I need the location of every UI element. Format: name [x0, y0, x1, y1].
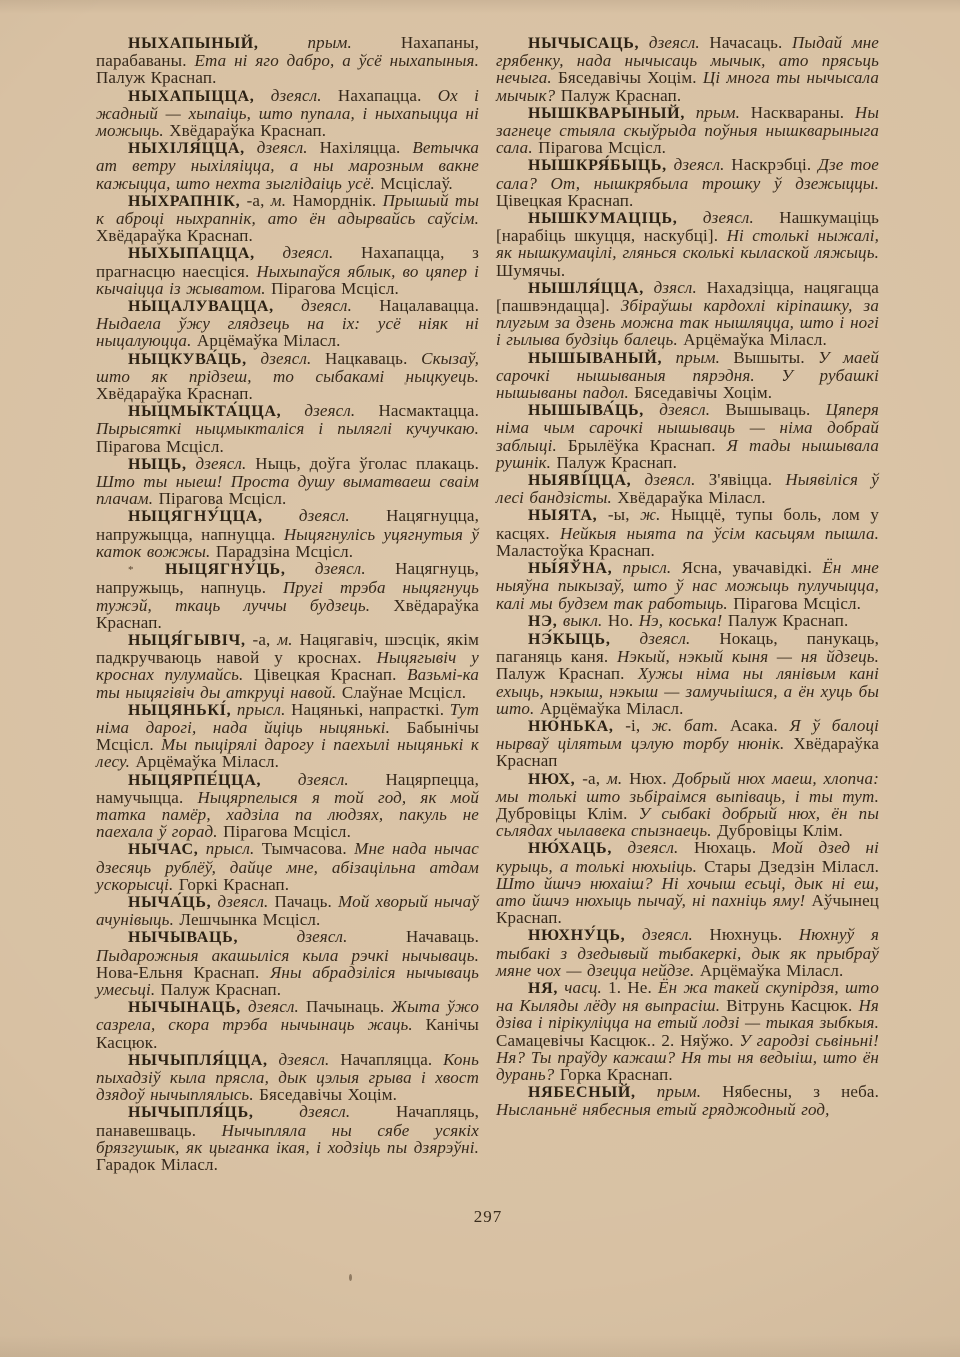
source-label: Горка Краснап. — [560, 1065, 673, 1084]
headword: НЯБЕСНЫЙ, — [528, 1084, 636, 1101]
source-label: Пірагова Мсцісл. — [223, 822, 351, 841]
headword: НЫЯВІ́ЦЦА, — [528, 472, 631, 489]
grammar-label: дзеясл. — [299, 506, 350, 525]
dictionary-entry: НЭ, выкл. Но. Нэ, коська! Палуж Краснап. — [496, 612, 879, 630]
dictionary-entry: НЭ́КЫЦЬ, дзеясл. Нокаць, панукаць, паган… — [496, 630, 879, 717]
headword: НЭ́КЫЦЬ, — [528, 631, 611, 648]
dictionary-entry: НЮ́НЬКА, -і, ж. бат. Асака. Я ў балоці н… — [496, 717, 879, 770]
grammar-label: дзеясл. — [659, 400, 710, 419]
headword: НЫЧЫНАЦЬ, — [128, 999, 241, 1016]
source-label: Лешчынка Мсцісл. — [179, 910, 320, 929]
headword: НЫХАПЫЦЦА, — [128, 88, 254, 105]
dictionary-entry: НЫХЫПАЦЦА, дзеясл. Нахапацца, з прагнасц… — [96, 244, 479, 297]
grammar-label: ж. — [640, 505, 660, 524]
source-label: Арцёмаўка Міласл. — [135, 752, 279, 771]
definition: Нюхаць. — [694, 838, 756, 857]
inflection-ending: -ы, — [608, 505, 630, 524]
dictionary-entry: НЫЦЯНЬКІ́, прысл. Нацянькі, напрасткі. Т… — [96, 701, 479, 771]
definition: Асака. — [730, 716, 778, 735]
source-label: Брылёўка Краснап. — [568, 436, 716, 455]
headword: НЫЦЯРПЕ́ЦЦА, — [128, 772, 261, 789]
source-label: Пірагова Мсцісл. — [538, 138, 666, 157]
grammar-label: м. — [277, 630, 292, 649]
grammar-label: дзеясл. — [217, 892, 268, 911]
grammar-label: дзеясл. — [301, 296, 352, 315]
definition: Нацкаваць. — [325, 349, 407, 368]
grammar-label: дзеясл. — [628, 838, 679, 857]
dictionary-entry: НЮХ, -а, м. Нюх. Добрый нюх маеш, хлопча… — [496, 770, 879, 840]
headword: НЮХНУ́ЦЬ, — [528, 927, 625, 944]
definition: Нахапацца. — [338, 86, 422, 105]
dictionary-entry: НЫХАПЫЦЦА, дзеясл. Нахапацца. Ох і жадны… — [96, 87, 479, 140]
source-label: Палуж Краснап. — [728, 611, 849, 630]
definition: З'явіцца. — [709, 470, 773, 489]
grammar-label: дзеясл. — [196, 454, 247, 473]
grammar-label: ж. бат. — [652, 716, 718, 735]
text-column-right: НЫЧЫСАЦЬ, дзеясл. Начасаць. Пыдай мне гр… — [496, 34, 879, 1119]
source-label: Палуж Краснап. — [496, 664, 625, 683]
headword: НЫ́ЯЎНА, — [528, 560, 612, 577]
usage-example: Нэ, коська! — [639, 611, 723, 630]
sense-number: 2. — [661, 1031, 674, 1050]
grammar-label: дзеясл. — [271, 86, 322, 105]
grammar-label: дзеясл. — [674, 155, 725, 174]
dictionary-entry: НЫЦМЫКТА́ЦЦА, дзеясл. Насмактацца. Пырыс… — [96, 402, 479, 455]
headword: НЫШЫВА́ЦЬ, — [528, 402, 644, 419]
dictionary-entry: НЫЦЯ́ГЫВІЧ, -а, м. Нацягавіч, шэсцік, як… — [96, 631, 479, 701]
grammar-label: прым. — [696, 103, 740, 122]
definition: Наскрэбці. — [731, 155, 811, 174]
usage-example: Нысланьнё нябесныя етый гряджодный год, — [496, 1100, 830, 1119]
headword: НЫШЫВАНЫЙ, — [528, 350, 662, 367]
headword: НЫШЛЯ́ЦЦА, — [528, 280, 644, 297]
headword: НЮ́ХАЦЬ, — [528, 840, 612, 857]
grammar-label: дзеясл. — [282, 243, 333, 262]
definition: Начасаць. — [709, 33, 782, 52]
source-label: Арцёмаўка Міласл. — [700, 961, 844, 980]
grammar-label: дзеясл. — [257, 138, 308, 157]
headword: НЫЧЫПЛЯ́ЦЦА, — [128, 1052, 268, 1069]
source-label: Дубровіцы Клім. — [496, 804, 628, 823]
dictionary-entry: НЫЦКУВА́ЦЬ, дзеясл. Нацкаваць. Скызаў, ш… — [96, 350, 479, 403]
headword: НЫЦЯГНУ́ЦЦА, — [128, 508, 263, 525]
dictionary-entry: НЫЧЫПЛЯ́ЦЦА, дзеясл. Начапляцца. Конь пы… — [96, 1051, 479, 1104]
definition: Не. — [627, 978, 652, 997]
binding-edge-shadow — [0, 0, 96, 1357]
headword: НЫЦЯГНУ́ЦЬ, — [165, 561, 286, 578]
definition: Ныць, доўга ўголас плакаць. — [255, 454, 479, 473]
grammar-label: дзеясл. — [278, 1050, 329, 1069]
grammar-label: прысл. — [206, 839, 255, 858]
definition: Нацянькі, напрасткі. — [291, 700, 444, 719]
grammar-label: дзеясл. — [703, 208, 754, 227]
definition: Но. — [608, 611, 633, 630]
source-label: Пірагова Мсцісл. — [96, 437, 224, 456]
dictionary-entry: НЮ́ХАЦЬ, дзеясл. Нюхаць. Мой дзед ні кур… — [496, 839, 879, 926]
usage-example: Ета ні яго дабро, а ўсё ныхапыныя. — [194, 51, 479, 70]
grammar-label: прым. — [657, 1082, 701, 1101]
definition: Вышыты. — [733, 348, 804, 367]
headword: НЫЦЯ́ГЫВІЧ, — [128, 632, 246, 649]
headword: НЫЦАЛУВАЦЦА, — [128, 298, 274, 315]
source-label: Хвёдараўка Краснап. — [96, 226, 253, 245]
source-label: Арцёмаўка Міласл. — [683, 330, 827, 349]
dictionary-entry: НЫЧЫНАЦЬ, дзеясл. Пачынаць. Жыта ўжо саз… — [96, 998, 479, 1051]
source-label: Арцёмаўка Міласл. — [540, 699, 684, 718]
dictionary-entry: НЫЯВІ́ЦЦА, дзеясл. З'явіцца. Ныявіліся ў… — [496, 471, 879, 506]
scan-speck — [404, 382, 407, 385]
dictionary-entry: НЫЧЫВАЦЬ, дзеясл. Начаваць. Пыдарожныя а… — [96, 928, 479, 998]
definition: Няўжо. — [680, 1031, 734, 1050]
source-label: Гарадок Міласл. — [96, 1155, 218, 1174]
inflection-ending: -а, — [253, 630, 271, 649]
dictionary-entry: НЫШКВАРЫНЫЙ, прым. Насквараны. Ны загнец… — [496, 104, 879, 157]
grammar-label: м. — [607, 769, 622, 788]
grammar-label: дзеясл. — [248, 997, 299, 1016]
sense-number: 1. — [608, 978, 621, 997]
dictionary-entry: НЫЦЬ, дзеясл. Ныць, доўга ўголас плакаць… — [96, 455, 479, 508]
usage-example: Нейкыя ныята па ўсім касьцям пышла. — [560, 524, 879, 543]
headword: НЫХАПЫНЫЙ, — [128, 35, 259, 52]
source-label: Шумячы. — [496, 261, 565, 280]
dictionary-entry: * НЫЦЯГНУ́ЦЬ, дзеясл. Нацягнуць, напружы… — [96, 560, 479, 631]
grammar-label: дзеясл. — [649, 33, 700, 52]
headword: НЫЧА́ЦЬ, — [128, 894, 211, 911]
inflection-ending: -а, — [582, 769, 600, 788]
grammar-label: дзеясл. — [298, 770, 349, 789]
dictionary-entry: НЯБЕСНЫЙ, прым. Нябесны, з неба. Ныслань… — [496, 1083, 879, 1118]
grammar-label: дзясл. — [654, 278, 697, 297]
grammar-label: дзеясл. — [315, 559, 366, 578]
grammar-label: дзеясл. — [645, 470, 696, 489]
dictionary-entry: НЫЦАЛУВАЦЦА, дзеясл. Нацалавацца. Ныдаел… — [96, 297, 479, 350]
grammar-label: м. — [271, 191, 286, 210]
headword: НЫЧЫПЛЯ́ЦЬ, — [128, 1104, 254, 1121]
source-label: Нова-Ельня Краснап. — [96, 963, 259, 982]
source-label: Пірагова Мсцісл. — [733, 594, 861, 613]
headword: НЫШКРЯ́БЫЦЬ, — [528, 157, 667, 174]
source-label: Пірагова Мсцісл. — [271, 279, 399, 298]
dictionary-entry: НЫШЛЯ́ЦЦА, дзясл. Нахадзіцца, нацягацца … — [496, 279, 879, 349]
headword: НЮ́НЬКА, — [528, 718, 614, 735]
source-label: Цівецкая Краснап. — [496, 191, 633, 210]
grammar-label: прым. — [676, 348, 720, 367]
dictionary-entry: НЫЧЫСАЦЬ, дзеясл. Начасаць. Пыдай мне гр… — [496, 34, 879, 104]
definition: Начаваць. — [406, 927, 479, 946]
source-label: Палуж Краснап. — [161, 980, 282, 999]
grammar-label: дзеясл. — [304, 401, 355, 420]
inflection-ending: -а, — [247, 191, 265, 210]
grammar-label: дзеясл. — [642, 925, 693, 944]
inflection-ending: -і, — [625, 716, 640, 735]
headword: НЫЧЫСАЦЬ, — [528, 35, 639, 52]
grammar-label: прысл. — [237, 700, 286, 719]
dictionary-entry: НЫЯТА, -ы, ж. Ныццё, тупы боль, лом у ка… — [496, 506, 879, 559]
source-label: Слаўнае Мсцісл. — [342, 683, 466, 702]
dictionary-entry: НЫЧА́ЦЬ, дзеясл. Пачаць. Мой хворый ныча… — [96, 893, 479, 928]
usage-example: Пыдарожныя акашыліся кыла рэчкі нычываць… — [96, 946, 479, 965]
source-label: Горкі Краснап. — [179, 875, 289, 894]
dictionary-entry: НЫЦЯГНУ́ЦЦА, дзеясл. Нацягнуцца, напружы… — [96, 507, 479, 560]
definition: Тымчасова. — [262, 839, 347, 858]
definition: Насмактацца. — [378, 401, 479, 420]
dictionary-entry: НЮХНУ́ЦЬ, дзеясл. Нюхнуць. Нюхнуў я тыба… — [496, 926, 879, 979]
headword: НЫШКУМАЦІЦЬ, — [528, 210, 678, 227]
page-number: 297 — [458, 1207, 518, 1227]
grammar-label: часц. — [564, 978, 602, 997]
headword: НЫЦЬ, — [128, 456, 187, 473]
dictionary-entry: НЫЧАС, прысл. Тымчасова. Мне нада нычас … — [96, 840, 479, 893]
headword: НЭ, — [528, 613, 557, 630]
source-label: Палуж Краснап. — [561, 86, 682, 105]
headword: НЫХРАПНІК, — [128, 193, 240, 210]
headword: НЫЦЯНЬКІ́, — [128, 702, 231, 719]
source-label: Хвёдараўка Краснап. — [96, 384, 253, 403]
margin-mark: * — [128, 564, 134, 576]
source-label: Бяседавічы Хоцім. — [558, 68, 697, 87]
definition: Нюх. — [629, 769, 667, 788]
source-label: Арцёмаўка Міласл. — [197, 331, 341, 350]
headword: НЯ, — [528, 980, 558, 997]
dictionary-entry: НЯ, часц. 1. Не. Ён жа такей скупірдзя, … — [496, 979, 879, 1083]
grammar-label: прысл. — [623, 558, 672, 577]
grammar-label: дзеясл. — [260, 349, 311, 368]
headword: НЫШКВАРЫНЫЙ, — [528, 105, 685, 122]
dictionary-entry: НЫЦЯРПЕ́ЦЦА, дзеясл. Нацярпецца, намучыц… — [96, 771, 479, 841]
definition: Пачаць. — [275, 892, 332, 911]
source-label: Вітрунь Касцюк. — [726, 996, 852, 1015]
dictionary-entry: НЫШКРЯ́БЫЦЬ, дзеясл. Наскрэбці. Дзе тое … — [496, 156, 879, 209]
source-label: Палуж Краснап. — [96, 68, 217, 87]
grammar-label: прым. — [308, 33, 352, 52]
definition: Ясна, увачавідкі. — [682, 558, 812, 577]
definition: Пачынаць. — [306, 997, 384, 1016]
headword: НЫЯТА, — [528, 507, 597, 524]
scan-speck — [349, 1274, 352, 1281]
dictionary-entry: НЫ́ЯЎНА, прысл. Ясна, увачавідкі. Ён мне… — [496, 559, 879, 612]
source-label: Цівецкая Краснап. — [254, 665, 397, 684]
dictionary-entry: НЫШЫВА́ЦЬ, дзеясл. Вышываць. Цяперя німа… — [496, 401, 879, 471]
source-label: Самацевічы Касцюк.. — [496, 1031, 656, 1050]
definition: Нацалавацца. — [379, 296, 479, 315]
dictionary-entry: НЫХРАПНІК, -а, м. Наморднік. Прышый ты к… — [96, 192, 479, 245]
source-label: Стары Дзедзін Міласл. — [704, 857, 879, 876]
usage-example: Пырысяткі ныцмыкталіся і пыляглі кучучка… — [96, 419, 479, 438]
grammar-label: выкл. — [563, 611, 603, 630]
text-column-left: НЫХАПЫНЫЙ, прым. Нахапаны, парабаваны. Е… — [96, 34, 479, 1173]
usage-example: Што ты ныеш! Проста душу выматваеш сваім… — [96, 472, 479, 508]
headword: НЫХІЛЯ́ЦЦА, — [128, 140, 245, 157]
dictionary-entry: НЫХІЛЯ́ЦЦА, дзеясл. Нахіляцца. Ветычка а… — [96, 139, 479, 192]
definition: Нюхнуць. — [710, 925, 783, 944]
grammar-label: дзеясл. — [639, 629, 690, 648]
definition: Начапляцца. — [340, 1050, 432, 1069]
definition: Наморднік. — [292, 191, 376, 210]
grammar-label: дзеясл. — [297, 927, 348, 946]
usage-example: Нэкый, нэкый кыня — ня йдзець. — [617, 647, 879, 666]
source-label: Мсціслаў. — [380, 174, 452, 193]
grammar-label: дзеясл. — [299, 1102, 350, 1121]
headword: НЫЦМЫКТА́ЦЦА, — [128, 403, 281, 420]
dictionary-entry: НЫЧЫПЛЯ́ЦЬ, дзеясл. Начапляць, панавешва… — [96, 1103, 479, 1173]
definition: Насквараны. — [751, 103, 844, 122]
headword: НЫЧАС, — [128, 841, 198, 858]
source-label: Хвёдараўка Міласл. — [617, 488, 765, 507]
definition: Нахіляцца. — [320, 138, 401, 157]
definition: Нябесны, з неба. — [722, 1082, 879, 1101]
headword: НЫХЫПАЦЦА, — [128, 245, 255, 262]
dictionary-entry: НЫШЫВАНЫЙ, прым. Вышыты. У маей сарочкі … — [496, 349, 879, 402]
definition: Вышываць. — [725, 400, 810, 419]
dictionary-entry: НЫХАПЫНЫЙ, прым. Нахапаны, парабаваны. Е… — [96, 34, 479, 87]
headword: НЫЦКУВА́ЦЬ, — [128, 351, 247, 368]
headword: НЮХ, — [528, 771, 575, 788]
headword: НЫЧЫВАЦЬ, — [128, 929, 238, 946]
page-scan: НЫХАПЫНЫЙ, прым. Нахапаны, парабаваны. Е… — [0, 0, 960, 1357]
dictionary-entry: НЫШКУМАЦІЦЬ, дзеясл. Нашкумаціць [нарабі… — [496, 209, 879, 279]
